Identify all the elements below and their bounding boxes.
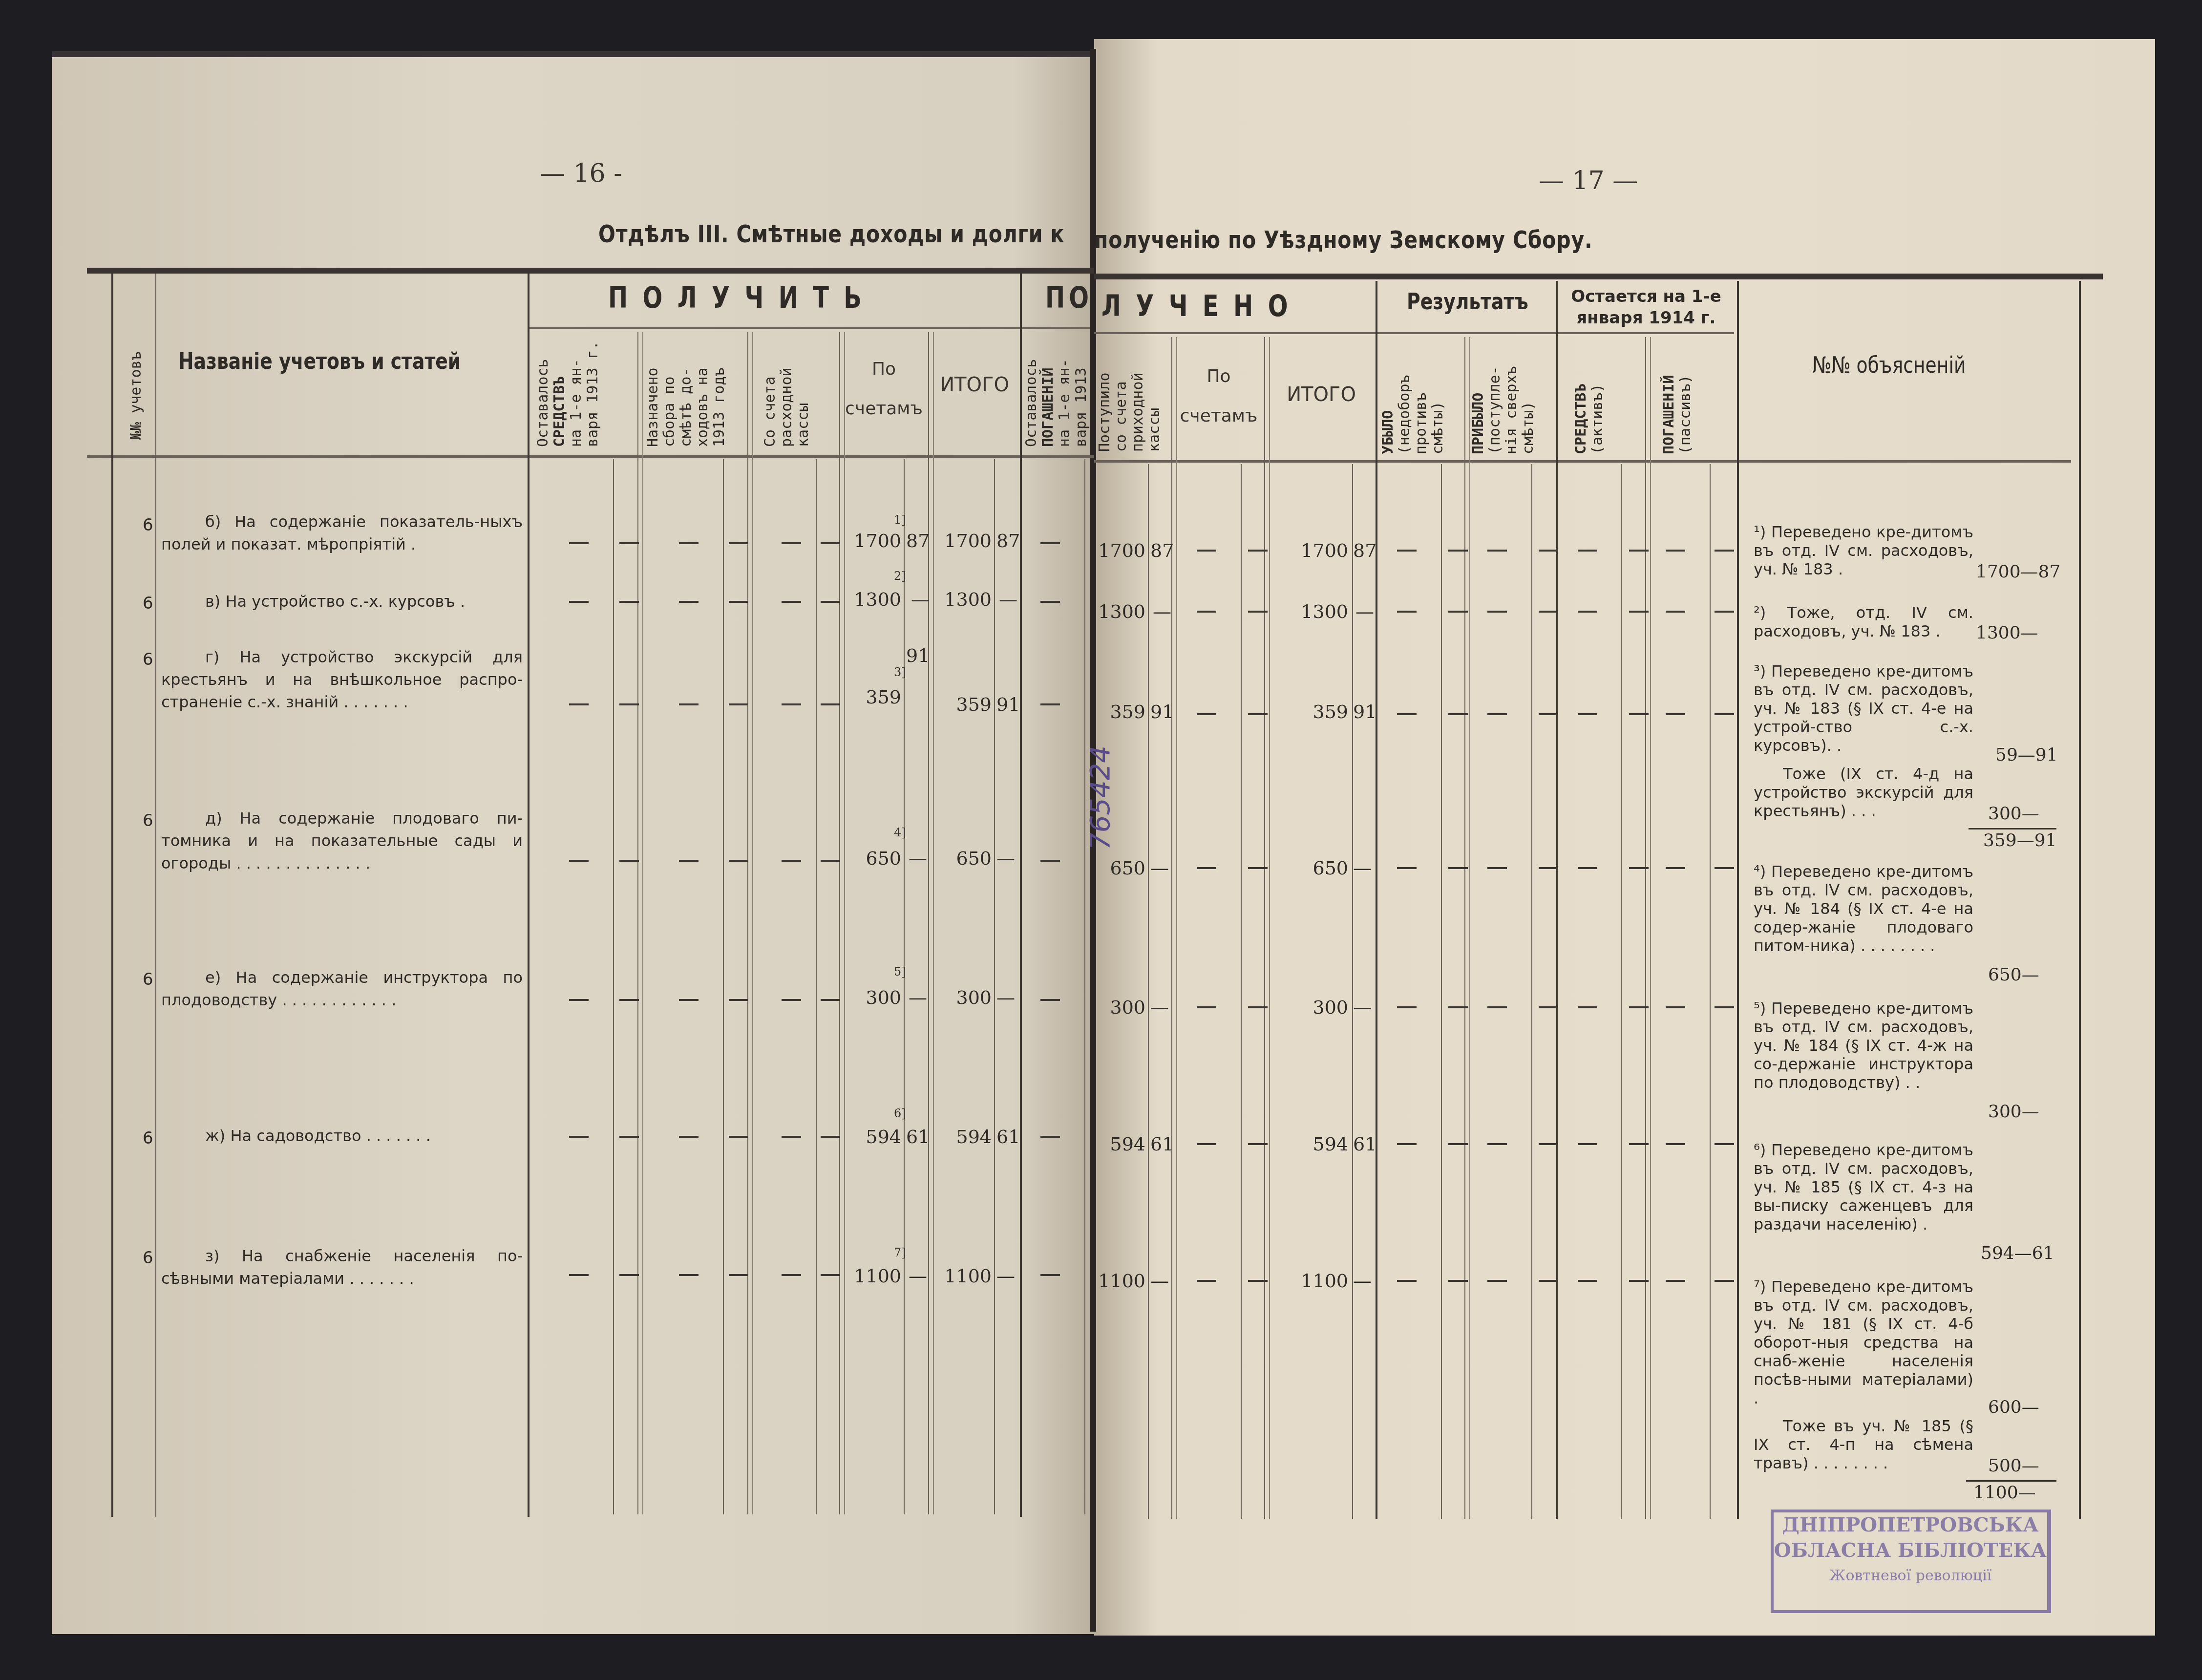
empty-cell-dash	[1666, 1006, 1685, 1008]
empty-cell-dash	[821, 999, 840, 1001]
note-3b-amount: 300—	[1988, 804, 2039, 824]
empty-cell-dash	[1487, 713, 1507, 715]
empty-cell-dash	[1715, 867, 1734, 869]
empty-cell-dash	[1197, 1006, 1216, 1008]
empty-cell-dash	[1629, 867, 1649, 869]
empty-cell-dash	[1578, 1143, 1597, 1145]
sum-line	[1966, 1480, 2056, 1482]
group-subrule-right	[1094, 332, 1734, 334]
empty-cell-dash	[1448, 867, 1468, 869]
empty-cell-dash	[782, 601, 801, 603]
cell-received-itogo-kop: —	[1353, 857, 1372, 879]
page-number-left: — 16 -	[540, 159, 622, 188]
empty-cell-dash	[1715, 1280, 1734, 1282]
header-group-receive: ПОЛУЧИТЬ	[608, 281, 876, 315]
note-6: ⁶) Переведено кре-дитомъ въ отд. IV см. …	[1754, 1141, 1973, 1233]
cell-received-kop: —	[1153, 601, 1171, 622]
empty-cell-dash	[679, 1274, 699, 1276]
col-line	[1645, 337, 1646, 1519]
empty-cell-dash	[1578, 867, 1597, 869]
empty-cell-dash	[782, 999, 801, 1001]
note-4-amount: 650—	[1988, 965, 2039, 985]
header-received-col-2: Поступило со счета приходной кассы	[1097, 372, 1163, 452]
header-received-col-3: Посчетамъ	[1175, 366, 1263, 426]
empty-cell-dash	[1197, 713, 1216, 715]
note-3: ³) Переведено кре-дитомъ въ отд. IV см. …	[1754, 662, 1973, 755]
cell-po-schetam: 300	[850, 987, 901, 1008]
empty-cell-dash	[1040, 703, 1060, 705]
empty-cell-dash	[729, 1136, 748, 1138]
header-receive-col-4: Посчетамъ	[841, 359, 927, 419]
empty-cell-dash	[1487, 867, 1507, 869]
cell-itogo: 359	[938, 694, 992, 715]
col-line	[1171, 337, 1172, 1519]
cell-received: 1300	[1097, 601, 1145, 622]
row-account: 6	[143, 515, 153, 535]
note-3-total: 359—91	[1983, 830, 2057, 851]
note-ref: 4]	[894, 826, 906, 839]
cell-itogo-kop: 87	[996, 530, 1020, 552]
empty-cell-dash	[1666, 713, 1685, 715]
cell-itogo-kop: —	[999, 589, 1017, 610]
page-number-right: — 17 —	[1539, 166, 1638, 195]
empty-cell-dash	[1629, 1006, 1649, 1008]
empty-cell-dash	[1197, 550, 1216, 552]
cell-received-kop: —	[1150, 857, 1169, 879]
col-line	[1264, 337, 1265, 1519]
col-line	[747, 332, 748, 1514]
empty-cell-dash	[1197, 1143, 1216, 1145]
row-account: 6	[143, 970, 153, 989]
empty-cell-dash	[679, 860, 699, 862]
col-line	[839, 332, 840, 1514]
cell-received-itogo: 650	[1290, 857, 1348, 879]
cell-received: 1100	[1097, 1270, 1145, 1292]
cell-itogo: 594	[938, 1126, 992, 1148]
cell-received-itogo: 300	[1290, 997, 1348, 1018]
cell-received-itogo: 1700	[1290, 540, 1348, 561]
cell-received: 594	[1097, 1133, 1145, 1155]
empty-cell-dash	[569, 999, 589, 1001]
cell-itogo: 1700	[938, 530, 992, 552]
empty-cell-dash	[569, 601, 589, 603]
empty-cell-dash	[1715, 550, 1734, 552]
note-5: ⁵) Переведено кре-дитомъ въ отд. IV см. …	[1754, 999, 1973, 1092]
empty-cell-dash	[1397, 713, 1417, 715]
empty-cell-dash	[1666, 1143, 1685, 1145]
col-line	[528, 274, 529, 1517]
col-line	[904, 459, 905, 1514]
note-ref: 1]	[894, 513, 906, 527]
col-line	[994, 459, 995, 1514]
row-name: ж) На садоводство . . . . . . .	[161, 1125, 523, 1147]
cell-itogo-kop: —	[996, 848, 1015, 869]
note-2-amount: 1300—	[1976, 623, 2038, 643]
cell-received: 359	[1097, 701, 1145, 723]
empty-cell-dash	[619, 1274, 639, 1276]
empty-cell-dash	[679, 999, 699, 1001]
col-line	[1441, 464, 1442, 1519]
cell-po-schetam: 594	[850, 1126, 901, 1148]
sum-line	[1969, 828, 2056, 829]
header-group-result: Результатъ	[1407, 288, 1528, 315]
empty-cell-dash	[1040, 999, 1060, 1001]
header-received-col-1: Оставалось ПОГАШЕНІЙ на 1-е ян- варя 191…	[1023, 359, 1090, 447]
empty-cell-dash	[1629, 1280, 1649, 1282]
header-bottom-rule-left	[87, 455, 1094, 458]
section-title-right: полученію по Уѣздному Земскому Сбору.	[1094, 226, 1592, 254]
header-receive-col-1: Оставалось СРЕДСТВЪ на 1-е ян- варя 1913…	[535, 341, 601, 447]
empty-cell-dash	[1629, 1143, 1649, 1145]
empty-cell-dash	[1248, 1006, 1268, 1008]
header-explanations: №№ объясненій	[1812, 352, 1966, 378]
empty-cell-dash	[569, 1136, 589, 1138]
section-title-left: Отдѣлъ III. Смѣтные доходы и долги к	[598, 220, 1064, 248]
empty-cell-dash	[821, 1136, 840, 1138]
header-bottom-rule-right	[1094, 460, 2071, 463]
empty-cell-dash	[1539, 550, 1558, 552]
row-name: б) На содержаніе показатель-ныхъ полей и…	[161, 510, 523, 555]
empty-cell-dash	[1578, 713, 1597, 715]
cell-itogo-kop: 61	[996, 1126, 1020, 1148]
header-account-no: №№ учетовъ	[128, 351, 145, 440]
empty-cell-dash	[569, 703, 589, 705]
empty-cell-dash	[821, 703, 840, 705]
row-name: в) На устройство с.-х. курсовъ .	[161, 590, 523, 613]
empty-cell-dash	[782, 1274, 801, 1276]
empty-cell-dash	[1040, 1136, 1060, 1138]
empty-cell-dash	[1397, 1143, 1417, 1145]
cell-itogo-kop: —	[996, 987, 1015, 1008]
col-line	[1621, 464, 1622, 1519]
empty-cell-dash	[1539, 611, 1558, 613]
empty-cell-dash	[1539, 867, 1558, 869]
row-account: 6	[143, 594, 153, 613]
row-account: 6	[143, 811, 153, 830]
note-2: ²) Тоже, отд. IV см. расходовъ, уч. № 18…	[1754, 603, 1973, 640]
row-name: д) На содержаніе плодоваго пи-томника и …	[161, 807, 523, 874]
empty-cell-dash	[1539, 713, 1558, 715]
cell-received-kop: 61	[1150, 1133, 1174, 1155]
table-top-rule-right	[1094, 274, 2103, 279]
empty-cell-dash	[1629, 713, 1649, 715]
col-line	[111, 274, 113, 1517]
note-ref: 6]	[894, 1106, 906, 1120]
header-remains-col-1: СРЕДСТВЪ (активъ)	[1573, 384, 1606, 455]
empty-cell-dash	[569, 1274, 589, 1276]
empty-cell-dash	[1539, 1280, 1558, 1282]
header-name: Названіе учетовъ и статей	[178, 348, 461, 374]
empty-cell-dash	[1197, 1280, 1216, 1282]
empty-cell-dash	[1578, 1006, 1597, 1008]
col-line	[637, 332, 638, 1514]
cell-received-itogo-kop: 87	[1353, 540, 1376, 561]
cell-received-itogo: 594	[1290, 1133, 1348, 1155]
empty-cell-dash	[1040, 601, 1060, 603]
empty-cell-dash	[1248, 550, 1268, 552]
cell-itogo: 650	[938, 848, 992, 869]
empty-cell-dash	[729, 703, 748, 705]
note-7b: Тоже въ уч. № 185 (§ IX ст. 4-п на сѣмен…	[1754, 1417, 1973, 1472]
library-stamp: ДНІПРОПЕТРОВСЬКА ОБЛАСНА БІБЛІОТЕКА Жовт…	[1771, 1510, 2051, 1613]
empty-cell-dash	[1666, 1280, 1685, 1282]
cell-po-schetam-kop: —	[909, 848, 927, 869]
empty-cell-dash	[729, 542, 748, 544]
col-line	[723, 459, 724, 1514]
row-name: е) На содержаніе инструктора по плодовод…	[161, 966, 523, 1011]
cell-received-itogo-kop: 91	[1353, 701, 1376, 723]
note-7-total: 1100—	[1973, 1483, 2036, 1503]
stamp-line-2: ОБЛАСНА БІБЛІОТЕКА	[1774, 1538, 2047, 1563]
empty-cell-dash	[1248, 1143, 1268, 1145]
empty-cell-dash	[1578, 1280, 1597, 1282]
empty-cell-dash	[821, 860, 840, 862]
cell-received-kop: —	[1150, 997, 1169, 1018]
empty-cell-dash	[1248, 713, 1268, 715]
empty-cell-dash	[1578, 611, 1597, 613]
empty-cell-dash	[1487, 550, 1507, 552]
col-line	[1556, 281, 1558, 1519]
empty-cell-dash	[569, 860, 589, 862]
col-line	[928, 332, 929, 1514]
cell-received-kop: 91	[1150, 701, 1174, 723]
cell-received-itogo-kop: —	[1355, 601, 1374, 622]
empty-cell-dash	[1715, 1143, 1734, 1145]
empty-cell-dash	[1197, 867, 1216, 869]
cell-received: 300	[1097, 997, 1145, 1018]
header-group-remains: Остается на 1-е января 1914 г.	[1563, 286, 1729, 329]
empty-cell-dash	[729, 1274, 748, 1276]
col-line	[816, 459, 817, 1514]
empty-cell-dash	[821, 542, 840, 544]
cell-itogo: 1300	[938, 589, 992, 610]
cell-po-schetam: 359	[850, 686, 901, 708]
row-account: 6	[143, 1128, 153, 1148]
col-line	[1148, 464, 1149, 1519]
stamp-line-3: Жовтневої революції	[1774, 1563, 2047, 1589]
empty-cell-dash	[1397, 611, 1417, 613]
empty-cell-dash	[1666, 867, 1685, 869]
row-account: 6	[143, 650, 153, 669]
row-name: з) На снабженіе населенія по-сѣвными мат…	[161, 1245, 523, 1290]
col-line	[155, 274, 156, 1517]
cell-itogo: 300	[938, 987, 992, 1008]
header-receive-col-3: Со счета расходной кассы	[762, 367, 812, 447]
cell-received-kop: 87	[1150, 540, 1174, 561]
empty-cell-dash	[619, 860, 639, 862]
empty-cell-dash	[1629, 611, 1649, 613]
cell-itogo-kop: —	[996, 1265, 1015, 1287]
header-received-col-4: ИТОГО	[1268, 383, 1375, 406]
empty-cell-dash	[1448, 1280, 1468, 1282]
col-line	[2079, 281, 2081, 1519]
empty-cell-dash	[619, 999, 639, 1001]
handwritten-inventory-number: 765424	[1084, 745, 1116, 850]
table-top-rule-left	[87, 268, 1094, 274]
header-remains-col-2: ПОГАШЕНІЙ (пассивъ)	[1661, 375, 1694, 454]
cell-received-itogo: 1300	[1290, 601, 1348, 622]
empty-cell-dash	[1197, 611, 1216, 613]
empty-cell-dash	[821, 601, 840, 603]
col-line	[1710, 464, 1711, 1519]
cell-received-kop: —	[1150, 1270, 1169, 1292]
empty-cell-dash	[1578, 550, 1597, 552]
empty-cell-dash	[1248, 611, 1268, 613]
cell-po-schetam-kop: —	[909, 987, 927, 1008]
header-result-col-2: ПРИБЫЛО (поступле- нія сверхъ смѣты)	[1470, 366, 1537, 454]
cell-itogo-kop: 91	[996, 694, 1020, 715]
cell-received-itogo-kop: 61	[1353, 1133, 1376, 1155]
empty-cell-dash	[679, 1136, 699, 1138]
note-7b-amount: 500—	[1988, 1456, 2039, 1476]
empty-cell-dash	[1715, 611, 1734, 613]
empty-cell-dash	[782, 1136, 801, 1138]
col-line	[1020, 274, 1022, 1517]
empty-cell-dash	[569, 542, 589, 544]
empty-cell-dash	[1666, 611, 1685, 613]
note-ref: 3]	[894, 665, 906, 679]
empty-cell-dash	[1487, 1280, 1507, 1282]
note-1: ¹) Переведено кре-дитомъ въ отд. IV см. …	[1754, 523, 1973, 578]
empty-cell-dash	[1666, 550, 1685, 552]
col-line	[1241, 464, 1242, 1519]
empty-cell-dash	[1715, 1006, 1734, 1008]
header-result-col-1: УБЫЛО (недоборъ противъ смѣты)	[1380, 375, 1446, 454]
col-line	[1084, 459, 1085, 1514]
empty-cell-dash	[1539, 1143, 1558, 1145]
col-line	[1352, 464, 1353, 1519]
empty-cell-dash	[619, 542, 639, 544]
row-name: г) На устройство экскурсій для крестьянъ…	[161, 646, 523, 713]
header-receive-col-2: Назначено сбора по смѣтѣ до- ходовъ на 1…	[645, 367, 728, 447]
empty-cell-dash	[619, 703, 639, 705]
cell-po-schetam: 1700	[850, 530, 901, 552]
cell-itogo: 1100	[938, 1265, 992, 1287]
note-ref: 2]	[894, 569, 906, 583]
empty-cell-dash	[679, 703, 699, 705]
empty-cell-dash	[1397, 550, 1417, 552]
cell-po-schetam-kop: —	[911, 589, 930, 610]
note-4: ⁴) Переведено кре-дитомъ въ отд. IV см. …	[1754, 862, 1973, 955]
cell-received-itogo-kop: —	[1353, 997, 1372, 1018]
col-line	[1737, 281, 1739, 1519]
empty-cell-dash	[1397, 1006, 1417, 1008]
row-account: 6	[143, 1248, 153, 1268]
note-3b: Тоже (IX ст. 4-д на устройство экскурсій…	[1754, 765, 1973, 820]
cell-received-itogo: 1100	[1290, 1270, 1348, 1292]
empty-cell-dash	[1448, 550, 1468, 552]
cell-po-schetam: 650	[850, 848, 901, 869]
empty-cell-dash	[1397, 1280, 1417, 1282]
stamp-line-1: ДНІПРОПЕТРОВСЬКА	[1774, 1512, 2047, 1538]
empty-cell-dash	[619, 1136, 639, 1138]
cell-received-itogo-kop: —	[1353, 1270, 1372, 1292]
empty-cell-dash	[1539, 1006, 1558, 1008]
empty-cell-dash	[729, 860, 748, 862]
cell-received: 1700	[1097, 540, 1145, 561]
header-group-received-left: ПО	[1045, 281, 1093, 315]
empty-cell-dash	[619, 601, 639, 603]
empty-cell-dash	[1248, 867, 1268, 869]
col-line	[613, 459, 614, 1514]
header-group-received-right: ЛУЧЕНО	[1101, 289, 1303, 323]
empty-cell-dash	[729, 601, 748, 603]
empty-cell-dash	[1448, 1143, 1468, 1145]
cell-po-schetam-kop: —	[909, 1265, 927, 1287]
empty-cell-dash	[1040, 860, 1060, 862]
empty-cell-dash	[1448, 713, 1468, 715]
note-ref: 7]	[894, 1246, 906, 1259]
note-7: ⁷) Переведено кре-дитомъ въ отд. IV см. …	[1754, 1277, 1973, 1407]
col-line	[1531, 464, 1532, 1519]
empty-cell-dash	[821, 1274, 840, 1276]
note-1-amount: 1700—87	[1976, 562, 2060, 582]
empty-cell-dash	[1040, 1274, 1060, 1276]
group-subrule-left	[529, 327, 1090, 329]
empty-cell-dash	[1248, 1280, 1268, 1282]
note-5-amount: 300—	[1988, 1102, 2039, 1122]
empty-cell-dash	[1629, 550, 1649, 552]
cell-po-schetam-kop: 61	[906, 1126, 930, 1148]
empty-cell-dash	[1487, 611, 1507, 613]
empty-cell-dash	[1448, 1006, 1468, 1008]
cell-received-itogo: 359	[1290, 701, 1348, 723]
empty-cell-dash	[679, 542, 699, 544]
cell-received: 650	[1097, 857, 1145, 879]
note-3-amount: 59—91	[1995, 745, 2058, 765]
cell-po-schetam: 1300	[850, 589, 901, 610]
empty-cell-dash	[1448, 611, 1468, 613]
empty-cell-dash	[782, 703, 801, 705]
empty-cell-dash	[729, 999, 748, 1001]
empty-cell-dash	[679, 601, 699, 603]
note-7-amount: 600—	[1988, 1397, 2039, 1417]
cell-po-schetam: 1100	[850, 1265, 901, 1287]
empty-cell-dash	[782, 860, 801, 862]
empty-cell-dash	[1715, 713, 1734, 715]
cell-po-schetam-kop: 91	[906, 645, 930, 666]
empty-cell-dash	[782, 542, 801, 544]
col-line	[1464, 337, 1465, 1519]
empty-cell-dash	[1487, 1006, 1507, 1008]
cell-po-schetam-kop: 87	[906, 530, 930, 552]
col-line	[1376, 281, 1377, 1519]
note-6-amount: 594—61	[1981, 1243, 2054, 1263]
note-ref: 5]	[894, 965, 906, 978]
empty-cell-dash	[1040, 542, 1060, 544]
header-receive-col-5: ИТОГО	[931, 374, 1018, 396]
empty-cell-dash	[1487, 1143, 1507, 1145]
empty-cell-dash	[1397, 867, 1417, 869]
